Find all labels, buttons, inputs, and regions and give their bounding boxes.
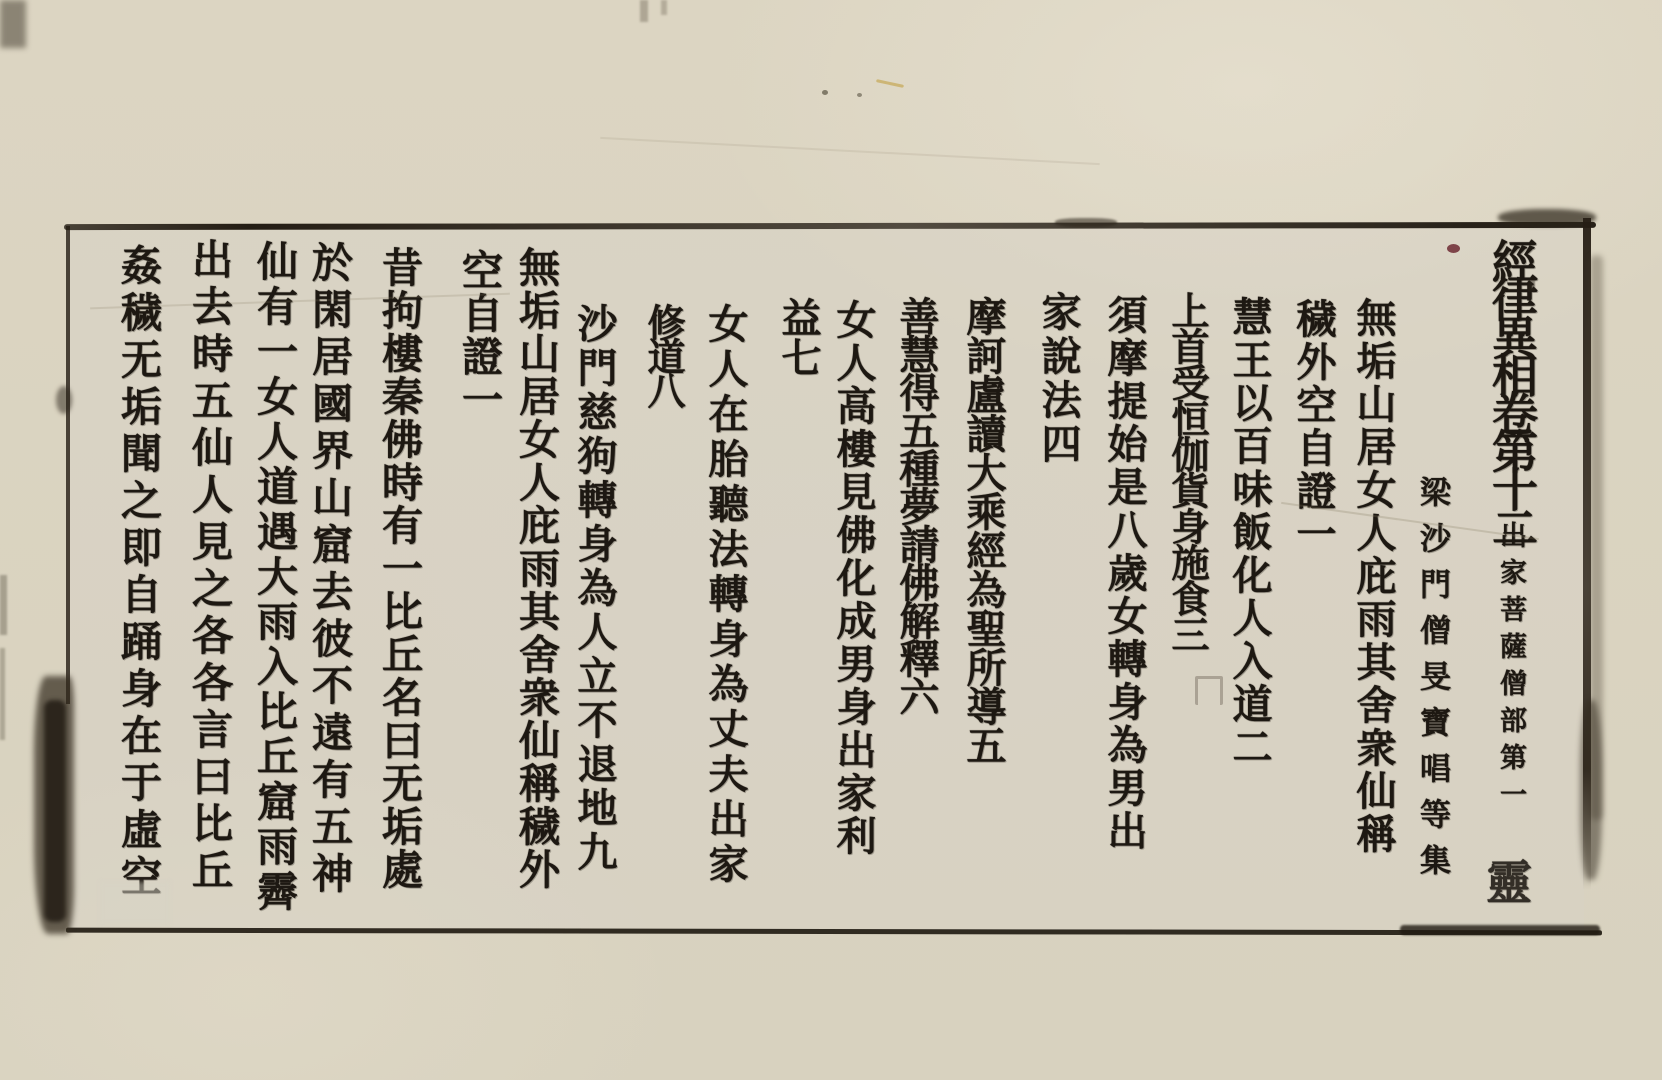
frame-left-border [66, 226, 70, 704]
toc-column-9: 女人高樓見佛化成男身出家利 [825, 299, 882, 858]
body-column-7: 姦穢无垢聞之即自踊身在于虛空 [109, 244, 168, 902]
toc-column-3: 慧王以百味飯化人入道二 [1221, 296, 1278, 769]
case-mark-character: 靈 [1472, 858, 1538, 904]
faint-partial-print-mark [1195, 676, 1223, 705]
body-column-5: 仙有一女人道遇大雨入比丘窟雨霽 [245, 240, 304, 915]
frame-top-border-smudge [1498, 209, 1596, 226]
toc-column-7: 摩訶盧讀大乘經為聖所導五 [955, 296, 1012, 764]
reading-mark-near-title [1528, 280, 1535, 292]
toc-column-10: 益七 [770, 297, 827, 377]
compiler-column: 梁沙門僧旻寶唱等集 [1410, 476, 1455, 890]
ink-dash-left-margin-2 [0, 648, 5, 740]
toc-column-2: 穢外空自證一 [1285, 298, 1342, 556]
ink-stain-top-left-corner [0, 0, 26, 48]
frame-left-border-ink-core [44, 700, 66, 922]
frame-right-border-lower-smudge [1580, 700, 1602, 880]
body-column-4: 於閑居國界山窟去彼不遠有五神 [300, 241, 359, 899]
toc-column-4: 上首受恒伽貨身施食三 [1159, 291, 1214, 651]
ink-tick-top-edge-2 [661, 0, 667, 15]
ink-tick-top-edge-1 [640, 0, 648, 22]
frame-top-border-blob [1055, 218, 1117, 227]
body-column-1: 無垢山居女人庇雨其舍衆仙稱穢外 [507, 246, 566, 891]
yellow-fiber [876, 79, 904, 88]
toc-column-13: 沙門慈狗轉身為人立不退地九 [566, 303, 623, 875]
frame-left-border-blob [56, 386, 72, 414]
frame-bottom-border-right-smudge [1400, 925, 1600, 935]
toc-column-1: 無垢山居女人庇雨其舍衆仙稱 [1345, 297, 1402, 856]
paper-crease-3 [600, 137, 1099, 165]
toc-column-12: 修道八 [635, 303, 690, 405]
ink-speck-2 [857, 93, 862, 97]
red-stain [1447, 244, 1460, 253]
faded-print-patch [100, 882, 170, 924]
scanned-page: 經律異相卷第十二 出家菩薩僧部第一 靈 梁沙門僧旻寶唱等集 無垢山居女人庇雨其舍… [0, 0, 1662, 1080]
ink-dash-left-margin-1 [0, 575, 7, 635]
toc-column-11: 女人在胎聽法轉身為丈夫出家 [697, 303, 754, 888]
body-column-2: 空自證一 [450, 249, 509, 421]
body-column-3: 昔拘樓秦佛時有一比丘名曰无垢處 [370, 246, 429, 891]
ink-speck-1 [822, 90, 828, 95]
section-annotation-column: 出家菩薩僧部第一 [1492, 521, 1531, 817]
toc-column-5: 須摩提始是八歲女轉身為男出 [1096, 294, 1153, 853]
toc-column-8: 善慧得五種夢請佛解釋六 [888, 296, 945, 714]
toc-column-6: 家說法四 [1030, 291, 1087, 467]
body-column-6: 出去時五仙人見之各各言曰比丘 [180, 238, 239, 896]
